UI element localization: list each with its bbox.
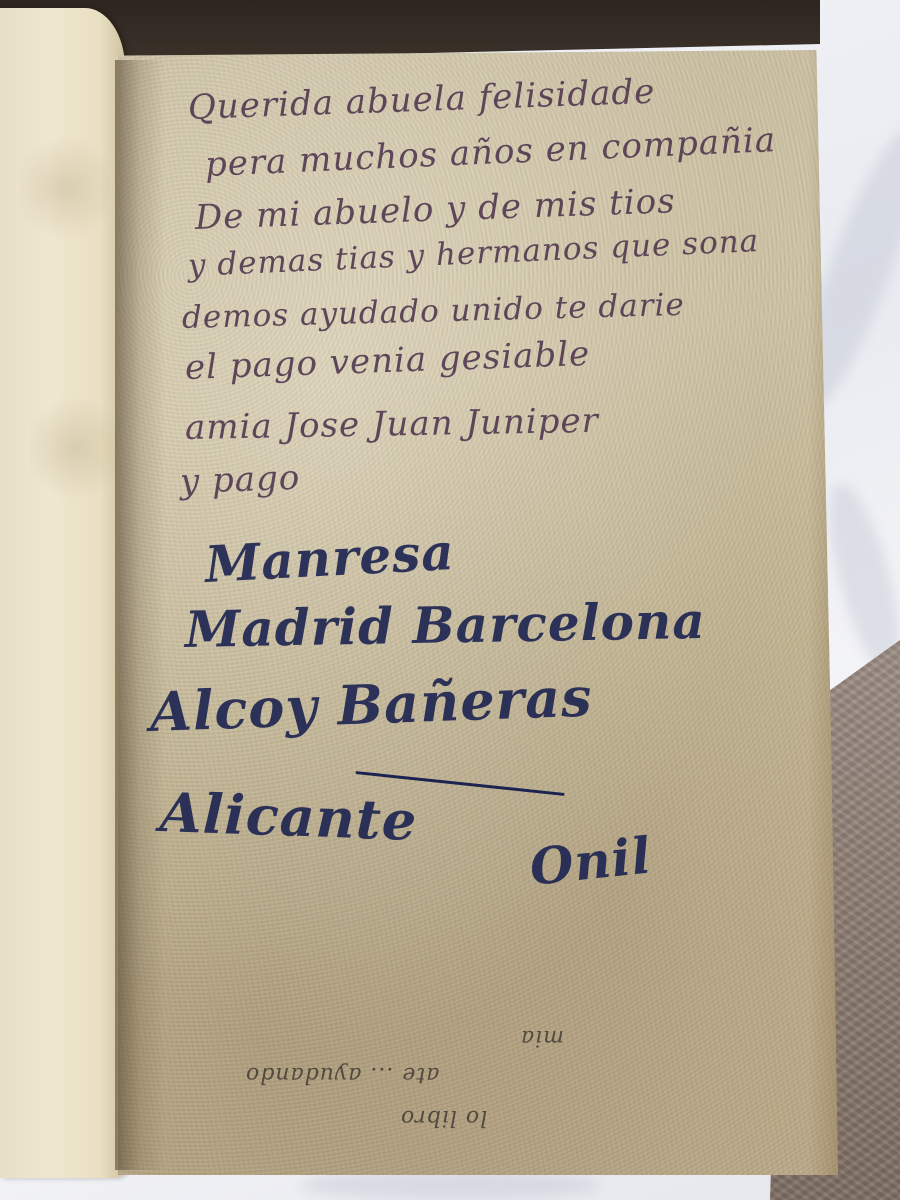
place-line-4: Alicante xyxy=(159,780,418,853)
inverted-note-line-3: lo libro xyxy=(400,1105,487,1130)
page-stain xyxy=(30,388,120,508)
book-gutter xyxy=(115,60,165,1170)
inscription-line-7: amia Jose Juan Juniper xyxy=(185,401,600,448)
inverted-note-line-2: ate ... ayudando xyxy=(245,1062,439,1087)
page-stain xyxy=(20,128,110,248)
left-page xyxy=(0,8,125,1178)
page-edge-stain xyxy=(808,50,838,1175)
place-line-2: Madrid Barcelona xyxy=(184,591,706,659)
inverted-note-line-1: mia xyxy=(520,1025,564,1050)
inscription-line-8: y pago xyxy=(179,458,301,502)
